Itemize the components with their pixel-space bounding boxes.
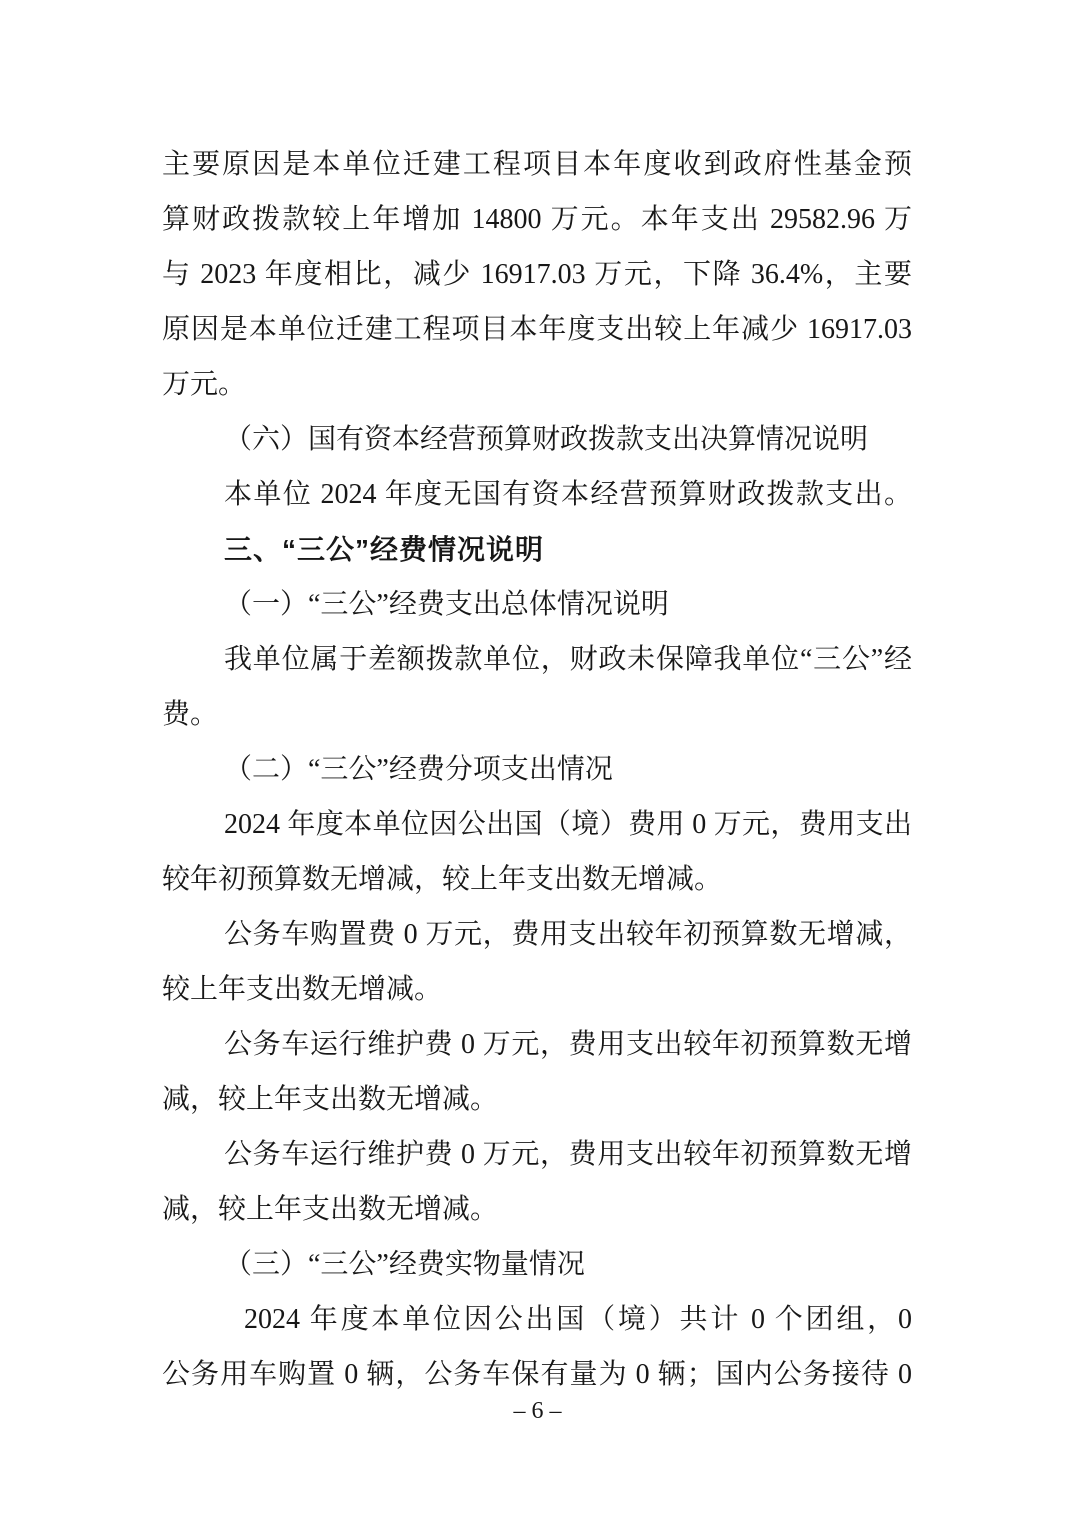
subheading-three: （三）“三公”经费实物量情况 [162, 1237, 912, 1292]
para-line: 算财政拨款较上年增加 14800 万元。本年支出 29582.96 万元， [162, 192, 912, 247]
subheading-one: （一）“三公”经费支出总体情况说明 [162, 577, 912, 632]
para-line-end: 费。 [162, 687, 912, 742]
section-heading-three-public-funds: 三、“三公”经费情况说明 [162, 522, 912, 577]
para-line: 主要原因是本单位迁建工程项目本年度收到政府性基金预 [162, 137, 912, 192]
para-line-end: 较上年支出数无增减。 [162, 962, 912, 1017]
page-number: – 6 – [0, 1396, 1075, 1426]
para-line-end: 万元。 [162, 357, 912, 412]
para-line: 公务用车购置 0 辆，公务车保有量为 0 辆；国内公务接待 0 [162, 1347, 912, 1402]
para-line: 公务车运行维护费 0 万元，费用支出较年初预算数无增 [162, 1127, 912, 1182]
para-line: 2024 年度本单位因公出国（境）共计 0 个团组，0 人； [162, 1292, 912, 1347]
para-line-end: 较年初预算数无增减，较上年支出数无增减。 [162, 852, 912, 907]
para-line: 与 2023 年度相比，减少 16917.03 万元，下降 36.4%，主要 [162, 247, 912, 302]
para-line-end: 减，较上年支出数无增减。 [162, 1072, 912, 1127]
para-line: 公务车运行维护费 0 万元，费用支出较年初预算数无增 [162, 1017, 912, 1072]
para-line: 公务车购置费 0 万元，费用支出较年初预算数无增减， [162, 907, 912, 962]
subheading-two: （二）“三公”经费分项支出情况 [162, 742, 912, 797]
document-page: 主要原因是本单位迁建工程项目本年度收到政府性基金预 算财政拨款较上年增加 148… [0, 0, 1075, 1520]
para-line-end: 减，较上年支出数无增减。 [162, 1182, 912, 1237]
subheading-six: （六）国有资本经营预算财政拨款支出决算情况说明 [162, 412, 912, 467]
para-line: 原因是本单位迁建工程项目本年度支出较上年减少 16917.03 [162, 302, 912, 357]
para-line: 本单位 2024 年度无国有资本经营预算财政拨款支出。 [162, 467, 912, 522]
para-line: 我单位属于差额拨款单位，财政未保障我单位“三公”经 [162, 632, 912, 687]
document-body: 主要原因是本单位迁建工程项目本年度收到政府性基金预 算财政拨款较上年增加 148… [162, 137, 912, 1402]
para-line: 2024 年度本单位因公出国（境）费用 0 万元，费用支出 [162, 797, 912, 852]
